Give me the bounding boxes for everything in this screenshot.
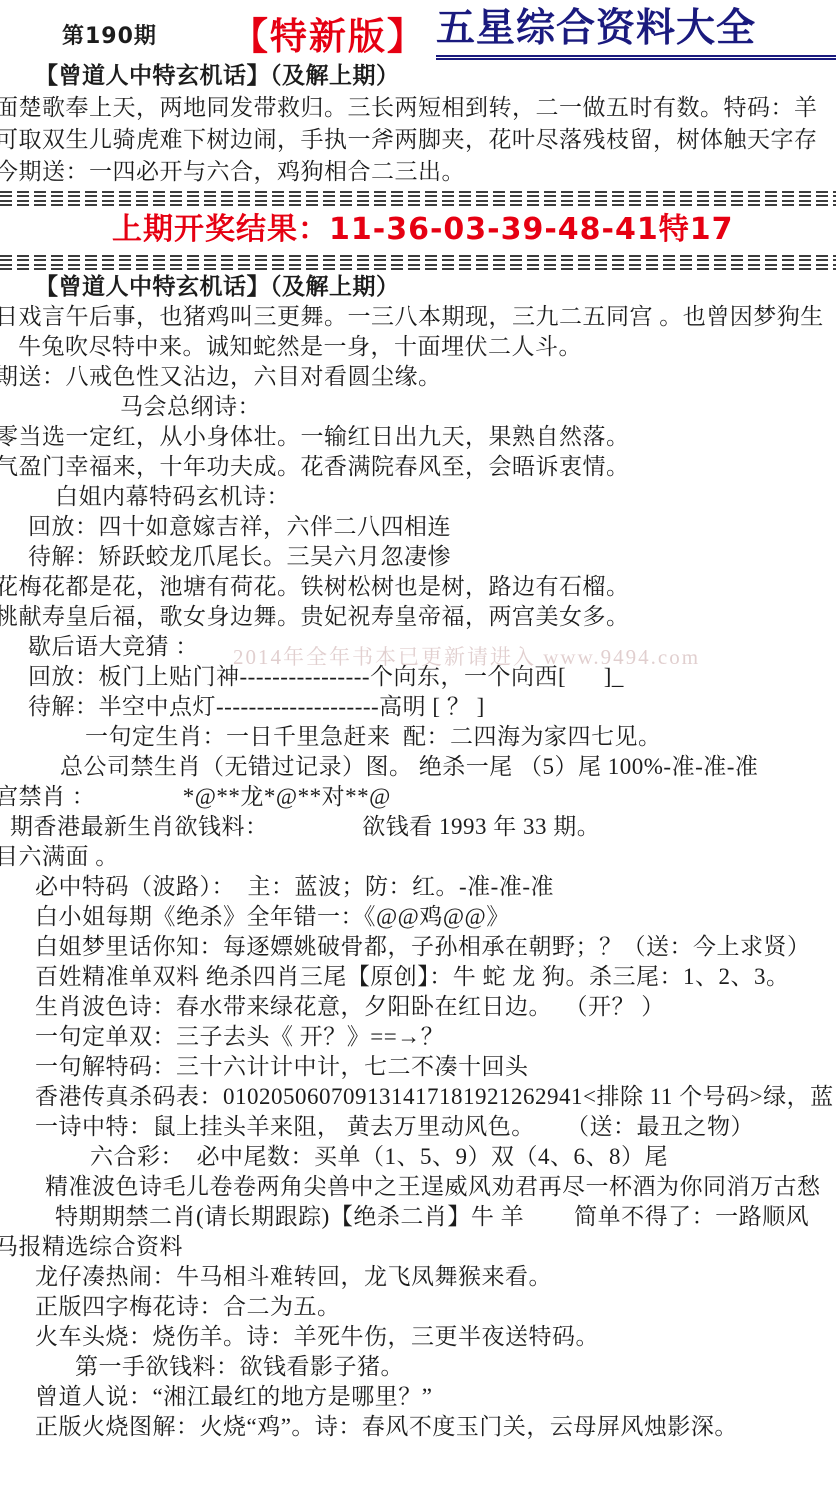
text-line: 期香港最新生肖欲钱料： 欲钱看 1993 年 33 期。 xyxy=(10,812,836,842)
text-line: 花梅花都是花，池塘有荷花。铁树松树也是树，路边有石榴。 xyxy=(0,572,836,602)
text-line: 马报精选综合资料 xyxy=(0,1232,836,1262)
text-line: 第一手欲钱料：欲钱看影子猪。 xyxy=(75,1352,836,1382)
text-line: 歇后语大竞猜 ： xyxy=(28,632,836,662)
text-line: 白姐梦里话你知：每逐嫖姚破骨都，子孙相承在朝野；？（送：今上求贤） xyxy=(35,932,836,962)
text-line: 曾道人说：“湘江最红的地方是哪里？” xyxy=(35,1382,836,1412)
text-line: 一句解特码：三十六计计中计，七二不凑十回头 xyxy=(35,1052,836,1082)
text-line: 必中特码（波路）： 主：蓝波；防：红。-准-准-准 xyxy=(35,872,836,902)
text-line: 精准波色诗毛儿卷卷两角尖兽中之王逞威风劝君再尽一杯酒为你同消万古愁 xyxy=(45,1172,836,1202)
separator xyxy=(0,253,836,271)
text-line: 期送：八戒色性又沾边，六目对看圆尘缘。 xyxy=(0,362,836,392)
text-line: 宫禁肖 ： *@**龙*@**对**@ xyxy=(0,782,836,812)
text-line: 正版火烧图解：火烧“鸡”。诗：春风不度玉门关，云母屏风烛影深。 xyxy=(35,1412,836,1442)
text-line: 特期期禁二肖(请长期跟踪)【绝杀二肖】牛 羊 简单不得了：一路顺风 xyxy=(55,1202,836,1232)
text-line: 火车头烧：烧伤羊。诗：羊死牛伤，三更半夜送特码。 xyxy=(35,1322,836,1352)
text-line: 回放：四十如意嫁吉祥，六伴二八四相连 xyxy=(28,512,836,542)
section-heading: 【曾道人中特玄机话】（及解上期） xyxy=(35,272,836,302)
text-line: 龙仔凑热闹：牛马相斗难转回，龙飞凤舞猴来看。 xyxy=(35,1262,836,1292)
text-line: 待解：半空中点灯--------------------高明 [ ？ ] xyxy=(28,692,836,722)
text-line: 待解：矫跃蛟龙爪尾长。三吴六月忽凄惨 xyxy=(28,542,836,572)
text-line: 面楚歌奉上天，两地同发带救归。三长两短相到转，二一做五时有数。特码：羊 xyxy=(0,92,836,124)
issue-number: 第190期 xyxy=(62,19,157,60)
text-line: 可取双生儿骑虎难下树边闹，手执一斧两脚夹，花叶尽落残枝留，树体触天字存 xyxy=(0,124,836,156)
separator xyxy=(0,189,836,207)
text-line: 六合彩： 必中尾数：买单（1、5、9）双（4、6、8）尾 xyxy=(90,1142,836,1172)
text-line: 一诗中特：鼠上挂头羊来阻， 黄去万里动风色。 （送：最丑之物） xyxy=(35,1112,836,1142)
result-banner: 上期开奖结果：11-36-03-39-48-41特17 xyxy=(0,208,836,252)
text-line: 今期送：一四必开与六合，鸡狗相合二三出。 xyxy=(0,156,836,188)
text-line: 总公司禁生肖（无错过记录）图。 绝杀一尾 （5）尾 100%-准-准-准 xyxy=(60,752,836,782)
text-line: 百姓精准单双料 绝杀四肖三尾【原创】：牛 蛇 龙 狗。杀三尾：1、2、3。 xyxy=(35,962,836,992)
section-body: 【曾道人中特玄机话】（及解上期） 日戏言午后事，也猪鸡叫三更舞。一三八本期现，三… xyxy=(0,272,836,1442)
text-line: 牛兔吹尽特中来。诚知蛇然是一身，十面埋伏二人斗。 xyxy=(18,332,836,362)
text-line: 正版四字梅花诗：合二为五。 xyxy=(35,1292,836,1322)
text-line: 白小姐每期《绝杀》全年错一：《@@鸡@@》 xyxy=(35,902,836,932)
page-title: 五星综合资料大全 xyxy=(436,0,836,60)
text-line: 一句定单双：三子去头《 开？》==→？ xyxy=(35,1022,836,1052)
text-line: 零当选一定红，从小身体壮。一输红日出九天，果熟自然落。 xyxy=(0,422,836,452)
text-line: 一句定生肖：一日千里急赶来 配：二四海为家四七见。 xyxy=(85,722,836,752)
text-line: 马会总纲诗： xyxy=(120,392,836,422)
text-line: 生肖波色诗：春水带来绿花意，夕阳卧在红日边。 （开？ ） xyxy=(35,992,836,1022)
page: 第190期 【特新版】 五星综合资料大全 【曾道人中特玄机话】（及解上期） 面楚… xyxy=(0,0,836,1492)
edition-tag: 【特新版】 xyxy=(231,6,426,60)
section-top: 【曾道人中特玄机话】（及解上期） 面楚歌奉上天，两地同发带救归。三长两短相到转，… xyxy=(0,60,836,188)
text-line: 目六满面 。 xyxy=(0,842,836,872)
section-heading: 【曾道人中特玄机话】（及解上期） xyxy=(35,60,836,92)
text-line: 香港传真杀码表：010205060709131417181921262941<排… xyxy=(35,1082,836,1112)
text-line: 日戏言午后事，也猪鸡叫三更舞。一三八本期现，三九二五同宫 。也曾因梦狗生 xyxy=(0,302,836,332)
text-line: 回放：板门上贴门神----------------个向东，一个向西[ ]_ xyxy=(28,662,836,692)
text-line: 气盈门幸福来，十年功夫成。花香满院春风至，会晤诉衷情。 xyxy=(0,452,836,482)
text-line: 白姐内幕特码玄机诗： xyxy=(55,482,836,512)
text-line: 桃献寿皇后福，歌女身边舞。贵妃祝寿皇帝福，两宫美女多。 xyxy=(0,602,836,632)
page-header: 第190期 【特新版】 五星综合资料大全 xyxy=(0,0,836,60)
